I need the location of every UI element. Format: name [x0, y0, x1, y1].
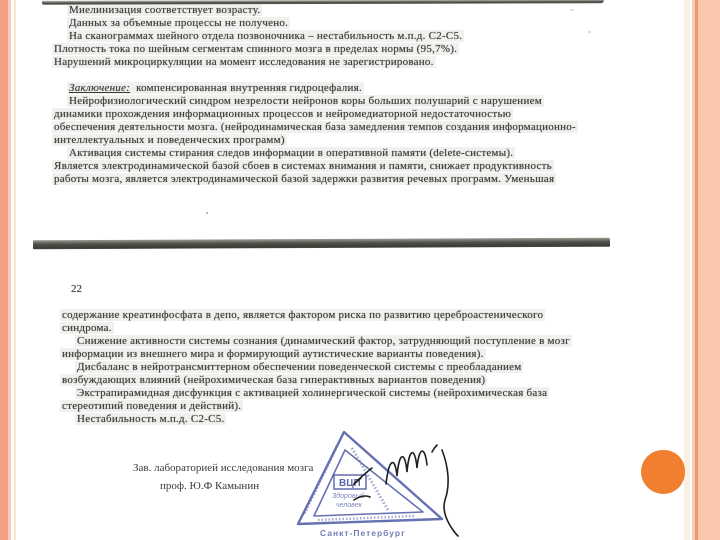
scan-page-2: содержание креатинфосфата в депо, являет…	[60, 309, 572, 426]
scan-speck	[588, 31, 591, 33]
signature-title: Зав. лабораторией исследования мозга	[133, 459, 313, 477]
document-line: обеспечения деятельности мозга. (нейроди…	[52, 121, 578, 134]
document-line: информации из внешнего мира и формирующи…	[60, 348, 572, 361]
decorative-bullet-circle	[641, 450, 685, 494]
slide-border-left-cream	[14, 0, 16, 540]
document-line: Снижение активности системы сознания (ди…	[60, 335, 572, 348]
document-line: содержание креатинфосфата в депо, являет…	[60, 309, 572, 322]
slide-border-left-light	[8, 0, 11, 540]
conclusion-text: компенсированная внутренняя гидроцефалия…	[136, 82, 362, 94]
slide-border-right	[698, 0, 720, 540]
document-line: Является электродинамической базой сбоев…	[52, 160, 578, 173]
document-line: Плотность тока по шейным сегментам спинн…	[52, 43, 578, 56]
scan-speck	[206, 212, 208, 214]
document-line: стереотипий поведения и действий).	[60, 400, 572, 413]
signature-block: Зав. лабораторией исследования мозга про…	[133, 459, 313, 495]
document-line: Нейрофизиологический синдром незрелости …	[52, 95, 578, 108]
document-line: Экстрапирамидная дисфункция с активацией…	[60, 387, 572, 400]
slide-border-left	[0, 0, 8, 540]
conclusion-line: Заключение: компенсированная внутренняя …	[52, 82, 578, 95]
document-line: Активация системы стирания следов информ…	[52, 147, 578, 160]
conclusion-label: Заключение:	[69, 82, 130, 94]
signature-scrawl	[330, 438, 490, 540]
page-number: 22	[71, 283, 82, 295]
document-line: Нарушений микроциркуляции на момент иссл…	[52, 56, 578, 69]
document-line: На сканограммах шейного отдела позвоночн…	[52, 30, 578, 43]
slide-border-right-cream	[684, 0, 690, 540]
document-line: Данных за объемные процессы не получено.	[52, 17, 578, 30]
document-line: интеллектуальных и поведенческих програм…	[52, 134, 578, 147]
document-line: возбуждающих влияний (нейрохимическая ба…	[60, 374, 572, 387]
document-line: работы мозга, является электродинамическ…	[52, 173, 578, 186]
document-line: динамики прохождения информационных проц…	[52, 108, 578, 121]
document-line: Миелинизация соответствует возрасту.	[52, 4, 578, 17]
scan-page-1: Миелинизация соответствует возрасту. Дан…	[52, 4, 578, 186]
document-line: Дисбаланс в нейротрансмиттерном обеспече…	[60, 361, 572, 374]
scan-page-divider-bar	[33, 238, 610, 250]
document-line: синдрома.	[60, 322, 572, 335]
signature-name: проф. Ю.Ф Камынин	[133, 477, 313, 495]
